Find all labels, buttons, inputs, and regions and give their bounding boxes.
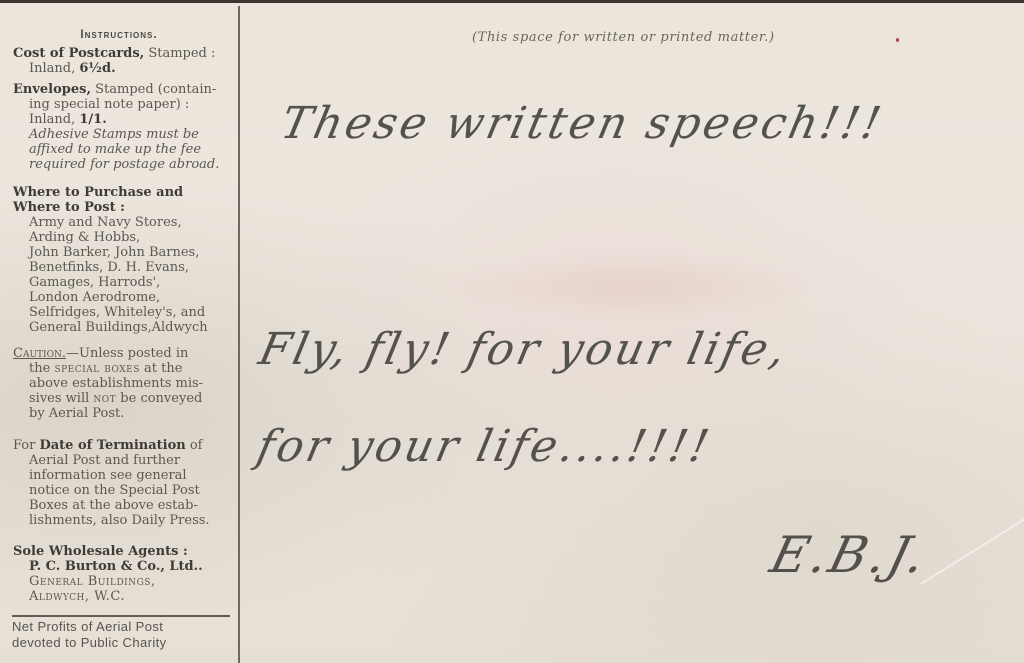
caution-label: Caution. — [13, 346, 66, 361]
caution-line4-end: be conveyed — [116, 391, 202, 406]
termination-line: notice on the Special Post — [13, 483, 231, 498]
envelopes-line2: ing special note paper) : — [13, 97, 231, 112]
purchase-heading-1: Where to Purchase and — [13, 185, 231, 200]
cost-heading: Cost of Postcards, — [13, 46, 144, 61]
ink-spot — [896, 38, 899, 42]
footer-divider — [12, 615, 230, 617]
agent-address-1: General Buildings, — [13, 574, 231, 589]
purchase-place: Arding & Hobbs, — [13, 230, 231, 245]
adhesive-line1: Adhesive Stamps must be — [13, 127, 231, 142]
termination-suffix: of — [186, 438, 203, 453]
envelopes-info: Envelopes, Stamped (contain- ing special… — [13, 82, 231, 172]
instructions-panel: Instructions. Cost of Postcards, Stamped… — [0, 6, 240, 663]
handwritten-line-3: for your life....!!!! — [253, 421, 716, 472]
special-boxes-text: special boxes — [54, 361, 139, 376]
purchase-heading-2: Where to Post : — [13, 200, 231, 215]
termination-line: lishments, also Daily Press. — [13, 513, 231, 528]
signature: E.B.J. — [765, 526, 935, 584]
purchase-place: John Barker, John Barnes, — [13, 245, 231, 260]
cost-text: Stamped : — [144, 46, 215, 61]
termination-line: Aerial Post and further — [13, 453, 231, 468]
envelopes-inland-label: Inland, — [29, 112, 79, 127]
envelopes-heading: Envelopes, — [13, 82, 91, 97]
purchase-place: London Aerodrome, — [13, 290, 231, 305]
handwritten-line-2: Fly, fly! for your life, — [255, 324, 793, 375]
caution-line4: sives will — [29, 391, 93, 406]
printed-matter-note: (This space for written or printed matte… — [472, 30, 852, 45]
termination-line: Boxes at the above estab- — [13, 498, 231, 513]
cost-of-postcards: Cost of Postcards, Stamped : Inland, 6½d… — [13, 46, 231, 76]
instructions-title: Instructions. — [0, 28, 238, 43]
purchase-place: Gamages, Harrods', — [13, 275, 231, 290]
caution-notice: Caution.—Unless posted in the special bo… — [13, 346, 231, 421]
caution-text: —Unless posted in — [66, 346, 188, 361]
purchase-place: Army and Navy Stores, — [13, 215, 231, 230]
charity-note: Net Profits of Aerial Post devoted to Pu… — [12, 619, 234, 651]
caution-line3: above establishments mis- — [13, 376, 231, 391]
envelopes-inland-price: 1/1. — [79, 112, 106, 127]
wholesale-agents: Sole Wholesale Agents : P. C. Burton & C… — [13, 544, 231, 604]
agents-heading: Sole Wholesale Agents : — [13, 544, 231, 559]
caution-line2-end: at the — [140, 361, 183, 376]
termination-heading: Date of Termination — [39, 438, 185, 453]
cost-inland-label: Inland, — [29, 61, 79, 76]
caution-line2: the — [29, 361, 54, 376]
charity-line-1: Net Profits of Aerial Post — [12, 619, 234, 635]
not-text: not — [93, 391, 116, 406]
agent-name: P. C. Burton & Co., Ltd.. — [13, 559, 231, 574]
termination-line: information see general — [13, 468, 231, 483]
purchase-place: Benetfinks, D. H. Evans, — [13, 260, 231, 275]
charity-line-2: devoted to Public Charity — [12, 635, 234, 651]
agent-address-2: Aldwych, W.C. — [13, 589, 231, 604]
termination-prefix: For — [13, 438, 39, 453]
where-to-purchase: Where to Purchase and Where to Post : Ar… — [13, 185, 231, 335]
postcard: Instructions. Cost of Postcards, Stamped… — [0, 0, 1024, 663]
adhesive-line2: affixed to make up the fee — [13, 142, 231, 157]
purchase-place: Selfridges, Whiteley's, and — [13, 305, 231, 320]
termination-notice: For Date of Termination of Aerial Post a… — [13, 438, 231, 528]
purchase-place: General Buildings,Aldwych — [13, 320, 231, 335]
handwritten-line-1: These written speech!!! — [277, 98, 889, 149]
adhesive-line3: required for postage abroad. — [13, 157, 231, 172]
pink-stain — [440, 251, 820, 321]
cost-inland-price: 6½d. — [79, 61, 115, 76]
caution-line5: by Aerial Post. — [13, 406, 231, 421]
paper-crease — [920, 509, 1024, 585]
message-area: (This space for written or printed matte… — [240, 6, 1024, 663]
envelopes-text: Stamped (contain- — [91, 82, 216, 97]
